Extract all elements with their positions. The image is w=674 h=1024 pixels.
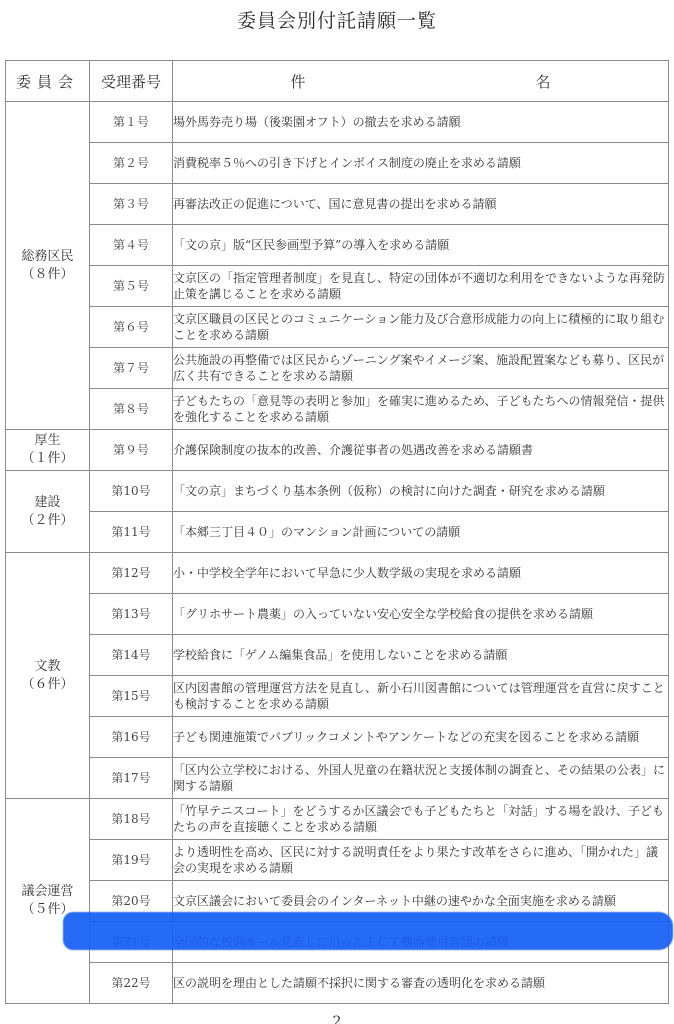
table-row: 第15号 区内図書館の管理運営方法を見直し、新小石川図書館については管理運営を直…: [6, 676, 669, 717]
petition-number: 第18号: [90, 799, 173, 840]
petition-number: 第５号: [90, 266, 173, 307]
table-row: 建設 （２件） 第10号 「文の京」まちづくり基本条例（仮称）の検討に向けた調査…: [6, 471, 669, 512]
blue-highlight-overlay: [63, 912, 673, 950]
committee-cell-kosei: 厚生 （１件）: [6, 430, 90, 471]
petition-title: 「区内公立学校における、外国人児童の在籍状況と支援体制の調査と、その結果の公表」…: [173, 758, 669, 799]
table-header-row: 委員会 受理番号 件名: [6, 61, 669, 102]
petition-number: 第19号: [90, 840, 173, 881]
petition-number: 第６号: [90, 307, 173, 348]
table-row: 第16号 子ども関連施策でパブリックコメントやアンケートなどの充実を図ることを求…: [6, 717, 669, 758]
petition-title: 区内図書館の管理運営方法を見直し、新小石川図書館については管理運営を直営に戻すこ…: [173, 676, 669, 717]
petition-number: 第４号: [90, 225, 173, 266]
header-title-part1: 件: [290, 71, 305, 92]
table-row: 第17号 「区内公立学校における、外国人児童の在籍状況と支援体制の調査と、その結…: [6, 758, 669, 799]
table-row: 第７号 公共施設の再整備では区民からゾーニング案やイメージ案、施設配置案なども募…: [6, 348, 669, 389]
petition-title: 公共施設の再整備では区民からゾーニング案やイメージ案、施設配置案なども募り、区民…: [173, 348, 669, 389]
petition-title: 文京区の「指定管理者制度」を見直し、特定の団体が不適切な利用をできないような再発…: [173, 266, 669, 307]
table-row: 第14号 学校給食に「ゲノム編集食品」を使用しないことを求める請願: [6, 635, 669, 676]
table-row: 第６号 文京区職員の区民とのコミュニケーション能力及び合意形成能力の向上に積極的…: [6, 307, 669, 348]
petition-number: 第10号: [90, 471, 173, 512]
petition-number: 第９号: [90, 430, 173, 471]
petition-title: より透明性を高め、区民に対する説明責任をより果たす改革をさらに進め、「開かれた」…: [173, 840, 669, 881]
petition-title: 再審法改正の促進について、国に意見書の提出を求める請願: [173, 184, 669, 225]
committee-name: 厚生: [6, 432, 89, 450]
document-title: 委員会別付託請願一覧: [0, 6, 674, 33]
header-title: 件名: [173, 61, 669, 102]
table-row: 第19号 より透明性を高め、区民に対する説明責任をより果たす改革をさらに進め、「…: [6, 840, 669, 881]
committee-cell-kensetsu: 建設 （２件）: [6, 471, 90, 553]
committee-cell-bunkyo: 文教 （６件）: [6, 553, 90, 799]
petition-number: 第７号: [90, 348, 173, 389]
petition-title: 「竹早テニスコート」をどうするか区議会でも子どもたちと「対話」する場を設け、子ど…: [173, 799, 669, 840]
table-row: 議会運営 （５件） 第18号 「竹早テニスコート」をどうするか区議会でも子どもた…: [6, 799, 669, 840]
petition-number: 第13号: [90, 594, 173, 635]
table-row: 第２号 消費税率５％への引き下げとインボイス制度の廃止を求める請願: [6, 143, 669, 184]
petition-number: 第11号: [90, 512, 173, 553]
petition-title: 消費税率５％への引き下げとインボイス制度の廃止を求める請願: [173, 143, 669, 184]
table-row: 第22号 区の説明を理由とした請願不採択に関する審査の透明化を求める請願: [6, 963, 669, 1004]
table-row: 第11号 「本郷三丁目４０」のマンション計画についての請願: [6, 512, 669, 553]
petition-number: 第１号: [90, 102, 173, 143]
petition-title: 「文の京」版“区民参画型予算”の導入を求める請願: [173, 225, 669, 266]
petition-title: 文京区職員の区民とのコミュニケーション能力及び合意形成能力の向上に積極的に取り組…: [173, 307, 669, 348]
table-row: 第４号 「文の京」版“区民参画型予算”の導入を求める請願: [6, 225, 669, 266]
committee-cell-somu: 総務区民 （８件）: [6, 102, 90, 430]
committee-name: 文教: [6, 658, 89, 676]
petition-number: 第８号: [90, 389, 173, 430]
petition-number: 第15号: [90, 676, 173, 717]
committee-name: 建設: [6, 494, 89, 512]
petition-title: 「グリホサート農薬」の入っていない安心安全な学校給食の提供を求める請願: [173, 594, 669, 635]
committee-count: （８件）: [6, 266, 89, 284]
petition-title: 場外馬券売り場（後楽園オフト）の撤去を求める請願: [173, 102, 669, 143]
petition-title: 子ども関連施策でパブリックコメントやアンケートなどの充実を図ることを求める請願: [173, 717, 669, 758]
petition-title: 小・中学校全学年において早急に少人数学級の実現を求める請願: [173, 553, 669, 594]
committee-count: （１件）: [6, 450, 89, 468]
petition-title: 「本郷三丁目４０」のマンション計画についての請願: [173, 512, 669, 553]
petition-number: 第12号: [90, 553, 173, 594]
petition-number: 第２号: [90, 143, 173, 184]
table-row: 第５号 文京区の「指定管理者制度」を見直し、特定の団体が不適切な利用をできないよ…: [6, 266, 669, 307]
petition-number: 第３号: [90, 184, 173, 225]
petition-title: 区の説明を理由とした請願不採択に関する審査の透明化を求める請願: [173, 963, 669, 1004]
committee-count: （２件）: [6, 512, 89, 530]
petition-title: 介護保険制度の抜本的改善、介護従事者の処遇改善を求める請願書: [173, 430, 669, 471]
committee-name: 総務区民: [6, 248, 89, 266]
table-row: 第13号 「グリホサート農薬」の入っていない安心安全な学校給食の提供を求める請願: [6, 594, 669, 635]
petition-table: 委員会 受理番号 件名 総務区民 （８件） 第１号 場外馬券売り場（後楽園オフト…: [5, 60, 669, 1004]
petition-number: 第22号: [90, 963, 173, 1004]
petition-title: 「文の京」まちづくり基本条例（仮称）の検討に向けた調査・研究を求める請願: [173, 471, 669, 512]
table-row: 文教 （６件） 第12号 小・中学校全学年において早急に少人数学級の実現を求める…: [6, 553, 669, 594]
header-number: 受理番号: [90, 61, 173, 102]
page-number: 2: [0, 1014, 674, 1024]
committee-cell-gikai-unei: 議会運営 （５件）: [6, 799, 90, 1004]
petition-title: 学校給食に「ゲノム編集食品」を使用しないことを求める請願: [173, 635, 669, 676]
header-title-part2: 名: [536, 73, 551, 91]
committee-count: （６件）: [6, 676, 89, 694]
petition-title: 子どもたちの「意見等の表明と参加」を確実に進めるため、子どもたちへの情報発信・提…: [173, 389, 669, 430]
table-row: 第８号 子どもたちの「意見等の表明と参加」を確実に進めるため、子どもたちへの情報…: [6, 389, 669, 430]
petition-number: 第16号: [90, 717, 173, 758]
committee-name: 議会運営: [6, 883, 89, 901]
header-committee: 委員会: [6, 61, 90, 102]
table-row: 第３号 再審法改正の促進について、国に意見書の提出を求める請願: [6, 184, 669, 225]
petition-number: 第17号: [90, 758, 173, 799]
table-row: 総務区民 （８件） 第１号 場外馬券売り場（後楽園オフト）の撤去を求める請願: [6, 102, 669, 143]
petition-number: 第14号: [90, 635, 173, 676]
table-row: 厚生 （１件） 第９号 介護保険制度の抜本的改善、介護従事者の処遇改善を求める請…: [6, 430, 669, 471]
